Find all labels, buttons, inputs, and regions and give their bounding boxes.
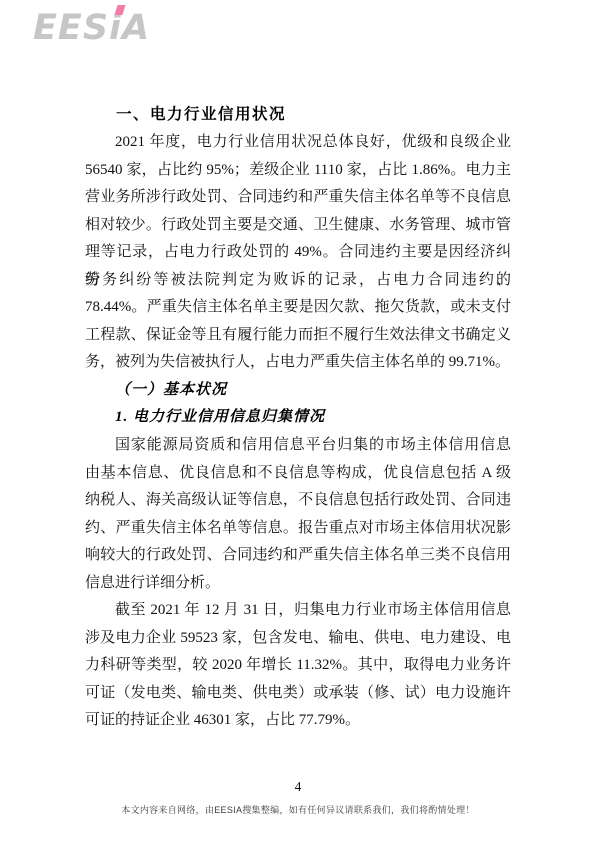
body-line: 国家能源局资质和信用信息平台归集的市场主体信用信息 bbox=[85, 432, 511, 460]
document-body: 2021 年度，电力行业信用状况总体良好，优级和良级企业56540 家，占比约 … bbox=[85, 129, 511, 735]
body-line: 劳务纠纷等被法院判定为败诉的记录，占电力合同违约的 bbox=[85, 267, 511, 295]
body-line: 力科研等类型，较 2020 年增长 11.32%。其中，取得电力业务许 bbox=[85, 652, 511, 680]
body-line: 理等记录，占电力行政处罚的 49%。合同违约主要是因经济纠纷、 bbox=[85, 239, 511, 267]
footer-disclaimer: 本文内容来自网络，由EESIA搜集整编，如有任何异议请联系我们，我们将酌情处理！ bbox=[0, 803, 596, 816]
page: EESiA 一、电力行业信用状况 2021 年度，电力行业信用状况总体良好，优级… bbox=[0, 0, 596, 842]
body-line: 纳税人、海关高级认证等信息，不良信息包括行政处罚、合同违 bbox=[85, 487, 511, 515]
page-number: 4 bbox=[0, 779, 596, 795]
numbered-heading: 1. 电力行业信用信息归集情况 bbox=[85, 404, 511, 432]
sub-heading: （一）基本状况 bbox=[85, 377, 511, 405]
eesia-logo: EESiA bbox=[33, 4, 150, 52]
body-line: 信息进行详细分析。 bbox=[85, 570, 511, 598]
body-line: 截至 2021 年 12 月 31 日，归集电力行业市场主体信用信息 bbox=[85, 597, 511, 625]
body-line: 可证（发电类、输电类、供电类）或承装（修、试）电力设施许 bbox=[85, 680, 511, 708]
body-line: 务，被列为失信被执行人，占电力严重失信主体名单的 99.71%。 bbox=[85, 349, 511, 377]
logo-letter-i: i bbox=[109, 4, 122, 52]
body-line: 涉及电力企业 59523 家，包含发电、输电、供电、电力建设、电 bbox=[85, 625, 511, 653]
body-line: 由基本信息、优良信息和不良信息等构成，优良信息包括 A 级 bbox=[85, 460, 511, 488]
body-line: 2021 年度，电力行业信用状况总体良好，优级和良级企业 bbox=[85, 129, 511, 157]
body-line: 56540 家，占比约 95%；差级企业 1110 家，占比 1.86%。电力主 bbox=[85, 157, 511, 185]
document-title: 一、电力行业信用状况 bbox=[85, 100, 511, 129]
body-line: 约、严重失信主体名单等信息。报告重点对市场主体信用状况影 bbox=[85, 515, 511, 543]
document-content: 一、电力行业信用状况 2021 年度，电力行业信用状况总体良好，优级和良级企业5… bbox=[85, 100, 511, 735]
logo-text-ees: EES bbox=[33, 8, 109, 48]
body-line: 营业务所涉行政处罚、合同违约和严重失信主体名单等不良信息 bbox=[85, 184, 511, 212]
body-line: 工程款、保证金等且有履行能力而拒不履行生效法律文书确定义 bbox=[85, 322, 511, 350]
body-line: 相对较少。行政处罚主要是交通、卫生健康、水务管理、城市管 bbox=[85, 212, 511, 240]
body-line: 78.44%。严重失信主体名单主要是因欠款、拖欠货款，或未支付 bbox=[85, 294, 511, 322]
logo-text-a: A bbox=[122, 8, 150, 48]
body-line: 响较大的行政处罚、合同违约和严重失信主体名单三类不良信用 bbox=[85, 542, 511, 570]
body-line: 可证的持证企业 46301 家，占比 77.79%。 bbox=[85, 707, 511, 735]
